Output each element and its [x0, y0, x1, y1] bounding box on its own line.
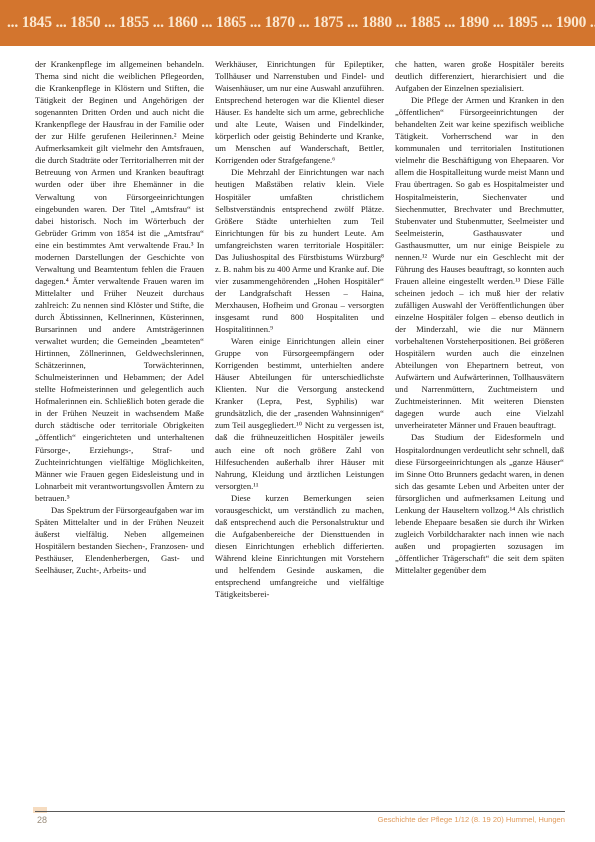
timeline-header-band: ... 1845 ... 1850 ... 1855 ... 1860 ... …	[0, 0, 595, 46]
paragraph: Das Spektrum der Fürsorgeaufgaben war im…	[35, 504, 204, 576]
paragraph: Das Studium der Eidesformeln und Hospita…	[395, 431, 564, 576]
timeline-text: ... 1845 ... 1850 ... 1855 ... 1860 ... …	[7, 14, 595, 31]
paragraph: che hatten, waren große Hospitäler berei…	[395, 58, 564, 94]
paragraph: der Krankenpflege im allgemeinen behande…	[35, 58, 204, 504]
paragraph: Diese kurzen Bemerkungen seien vorausges…	[215, 492, 384, 600]
text-column-1: der Krankenpflege im allgemeinen behande…	[35, 58, 204, 798]
footer-divider	[35, 811, 565, 812]
paragraph: Die Mehrzahl der Einrichtungen war nach …	[215, 166, 384, 335]
paragraph: Werkhäuser, Einrichtungen für Epileptike…	[215, 58, 384, 166]
footer-accent-mark	[33, 807, 47, 813]
paragraph: Die Pflege der Armen und Kranken in den …	[395, 94, 564, 431]
footer-source-line: Geschichte der Pflege 1/12 (8. 19 20) Hu…	[378, 815, 565, 824]
paragraph: Waren einige Einrichtungen allein einer …	[215, 335, 384, 492]
text-column-2: Werkhäuser, Einrichtungen für Epileptike…	[215, 58, 384, 798]
article-body: der Krankenpflege im allgemeinen behande…	[35, 58, 565, 798]
text-column-3: che hatten, waren große Hospitäler berei…	[395, 58, 564, 798]
page-number: 28	[37, 815, 47, 825]
